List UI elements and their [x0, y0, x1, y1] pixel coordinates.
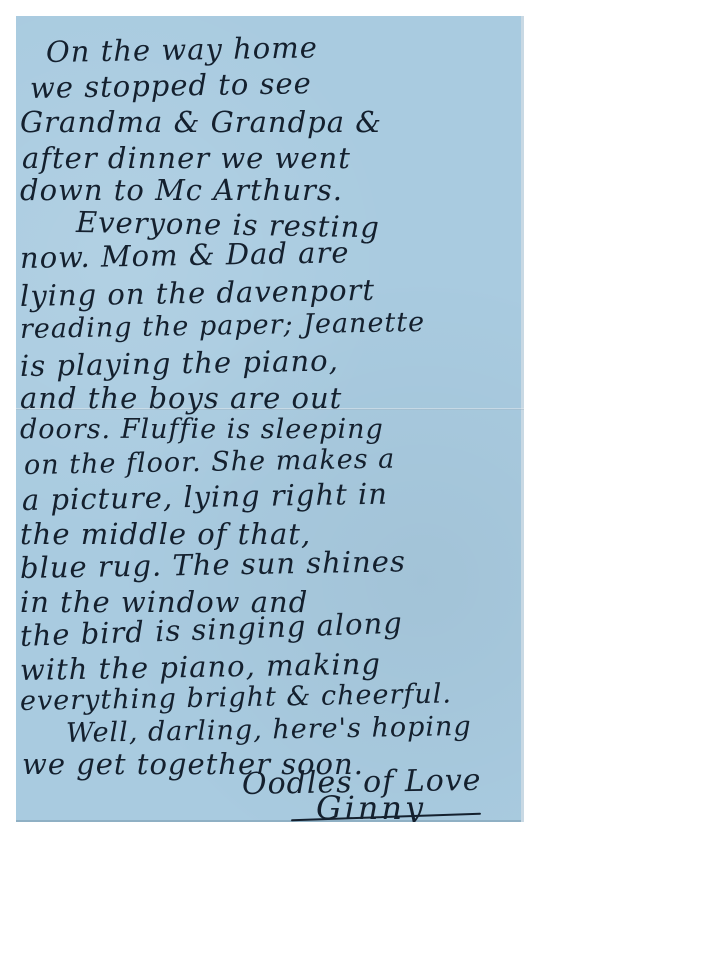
letter-line: a picture, lying right in [22, 480, 388, 515]
letter-line: is playing the piano, [20, 346, 339, 381]
letter-line: Grandma & Grandpa & [20, 108, 382, 137]
letter-line: the middle of that, [20, 520, 311, 549]
letter-sheet: On the way home we stopped to see Grandm… [16, 16, 524, 822]
letter-line: everything bright & cheerful. [20, 680, 452, 715]
letter-line: lying on the davenport [20, 276, 376, 311]
letter-line: down to Mc Arthurs. [20, 176, 343, 205]
letter-line: we stopped to see [30, 69, 312, 103]
letter-line: reading the paper; Jeanette [20, 309, 426, 343]
letter-line: Well, darling, here's hoping [66, 713, 472, 747]
letter-line: and the boys are out [20, 384, 342, 413]
letter-line: doors. Fluffie is sleeping [20, 416, 384, 443]
letter-line: after dinner we went [22, 144, 351, 173]
letter-line: now. Mom & Dad are [20, 238, 350, 273]
letter-line: On the way home [46, 33, 318, 67]
scanned-page: On the way home we stopped to see Grandm… [0, 0, 720, 960]
letter-line: blue rug. The sun shines [20, 547, 406, 583]
letter-line: on the floor. She makes a [24, 446, 396, 479]
letter-body: On the way home we stopped to see Grandm… [16, 16, 524, 822]
